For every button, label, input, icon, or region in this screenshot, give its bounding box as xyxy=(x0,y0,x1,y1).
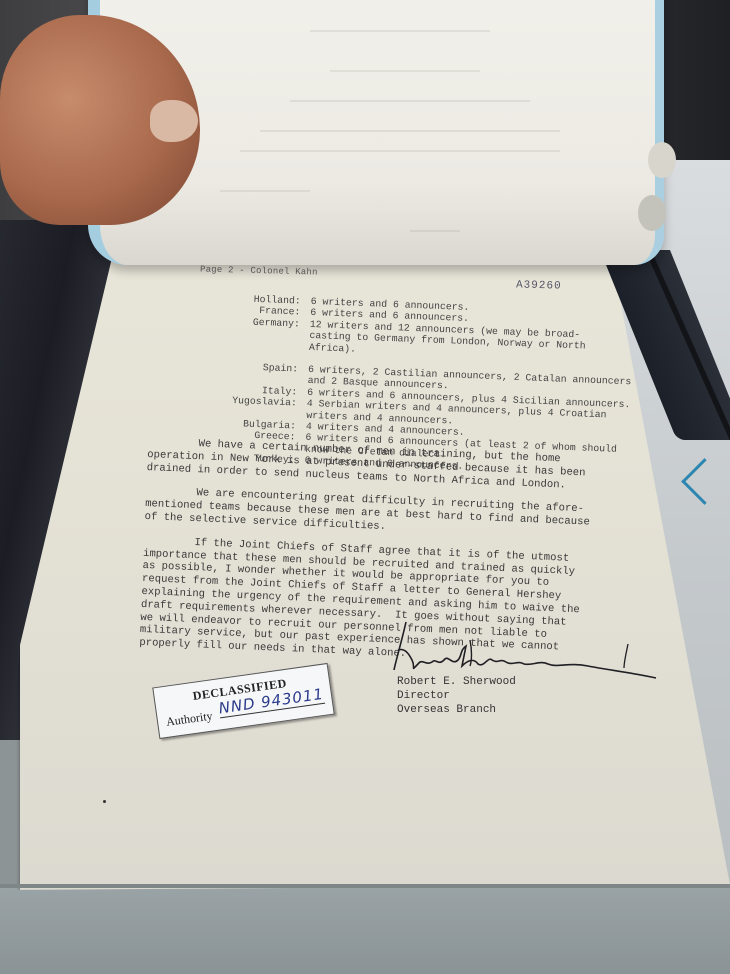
faded-text-line xyxy=(310,30,490,32)
signature-block: Robert E. Sherwood Director Overseas Bra… xyxy=(397,675,516,717)
faded-text-line xyxy=(260,130,560,132)
page-edge xyxy=(0,884,730,888)
photo-scene: Page 2 - Colonel Kahn A39260 Holland:6 w… xyxy=(0,0,730,974)
index-tab xyxy=(638,195,666,231)
signer-name: Robert E. Sherwood xyxy=(397,675,516,689)
table-surface-bottom xyxy=(0,885,730,974)
signer-branch: Overseas Branch xyxy=(397,703,516,717)
staffing-detail: Africa). xyxy=(309,342,356,355)
document-number: A39260 xyxy=(516,279,562,292)
faded-text-line xyxy=(290,100,530,102)
faded-text-line xyxy=(220,190,310,192)
stamp-authority-label: Authority xyxy=(165,709,213,730)
index-tab xyxy=(648,142,676,178)
faded-text-line xyxy=(240,150,560,152)
letter-paragraph: We are encountering great difficulty in … xyxy=(144,485,605,543)
faded-text-line xyxy=(410,230,460,232)
faded-text-line xyxy=(330,70,480,72)
paper-speck xyxy=(103,800,106,803)
thumbnail xyxy=(150,100,198,142)
signer-title: Director xyxy=(397,689,516,703)
